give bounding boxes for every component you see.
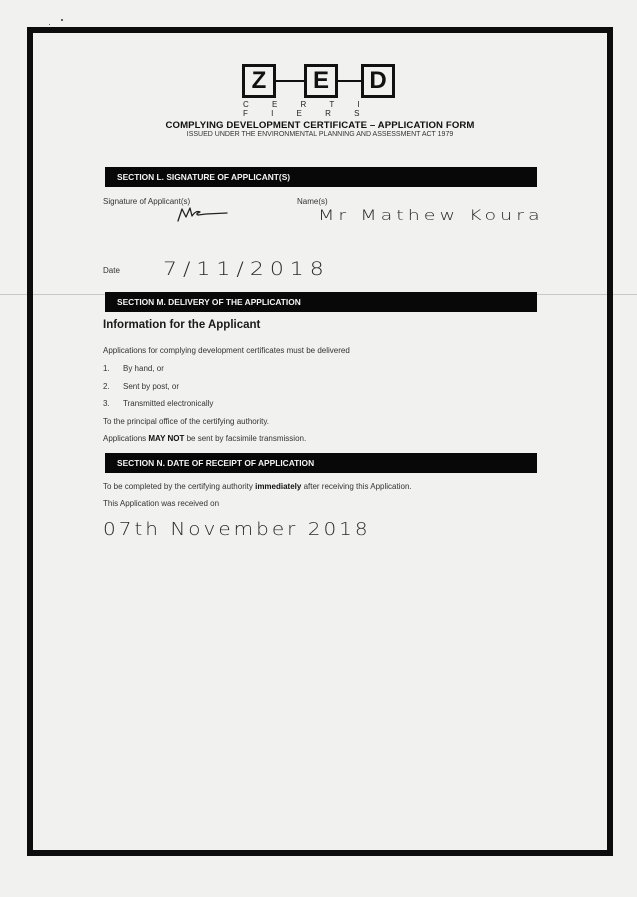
section-n-header: SECTION N. DATE OF RECEIPT OF APPLICATIO… <box>105 453 537 473</box>
received-date-value: 07th November 2018 <box>103 518 371 540</box>
office-note: To the principal office of the certifyin… <box>103 417 269 426</box>
list-number: 3. <box>103 399 110 408</box>
logo-connector <box>338 80 362 82</box>
fax-note-emphasis: MAY NOT <box>148 434 184 443</box>
date-value: 7/11/2018 <box>163 259 330 280</box>
instruction-pre: To be completed by the certifying author… <box>103 482 255 491</box>
logo-letter-e: E <box>304 64 338 98</box>
information-heading: Information for the Applicant <box>103 319 260 331</box>
form-title: COMPLYING DEVELOPMENT CERTIFICATE – APPL… <box>100 120 540 131</box>
zed-certifiers-logo: Z E D <box>242 64 396 100</box>
logo-letter-z: Z <box>242 64 276 98</box>
receipt-instruction: To be completed by the certifying author… <box>103 482 412 491</box>
fax-note-pre: Applications <box>103 434 148 443</box>
applicant-name-value: Mr Mathew Koura <box>318 207 544 224</box>
logo-connector <box>276 80 305 82</box>
logo-letter-d: D <box>361 64 395 98</box>
scan-speck <box>49 24 50 25</box>
fax-note-post: be sent by facsimile transmission. <box>184 434 306 443</box>
list-item-electronically: Transmitted electronically <box>123 399 213 408</box>
instruction-emphasis: immediately <box>255 482 301 491</box>
list-item-by-hand: By hand, or <box>123 364 164 373</box>
fax-note: Applications MAY NOT be sent by facsimil… <box>103 434 306 443</box>
scan-speck <box>61 19 63 21</box>
instruction-post: after receiving this Application. <box>301 482 411 491</box>
list-number: 1. <box>103 364 110 373</box>
date-label: Date <box>103 266 120 275</box>
section-l-header: SECTION L. SIGNATURE OF APPLICANT(S) <box>105 167 537 187</box>
form-subtitle: ISSUED UNDER THE ENVIRONMENTAL PLANNING … <box>100 131 540 138</box>
section-m-header: SECTION M. DELIVERY OF THE APPLICATION <box>105 292 537 312</box>
delivery-intro: Applications for complying development c… <box>103 346 350 355</box>
received-on-label: This Application was received on <box>103 499 219 508</box>
name-label: Name(s) <box>297 197 328 206</box>
list-item-by-post: Sent by post, or <box>123 382 179 391</box>
list-number: 2. <box>103 382 110 391</box>
logo-subtitle: C E R T I F I E R S <box>243 100 397 118</box>
